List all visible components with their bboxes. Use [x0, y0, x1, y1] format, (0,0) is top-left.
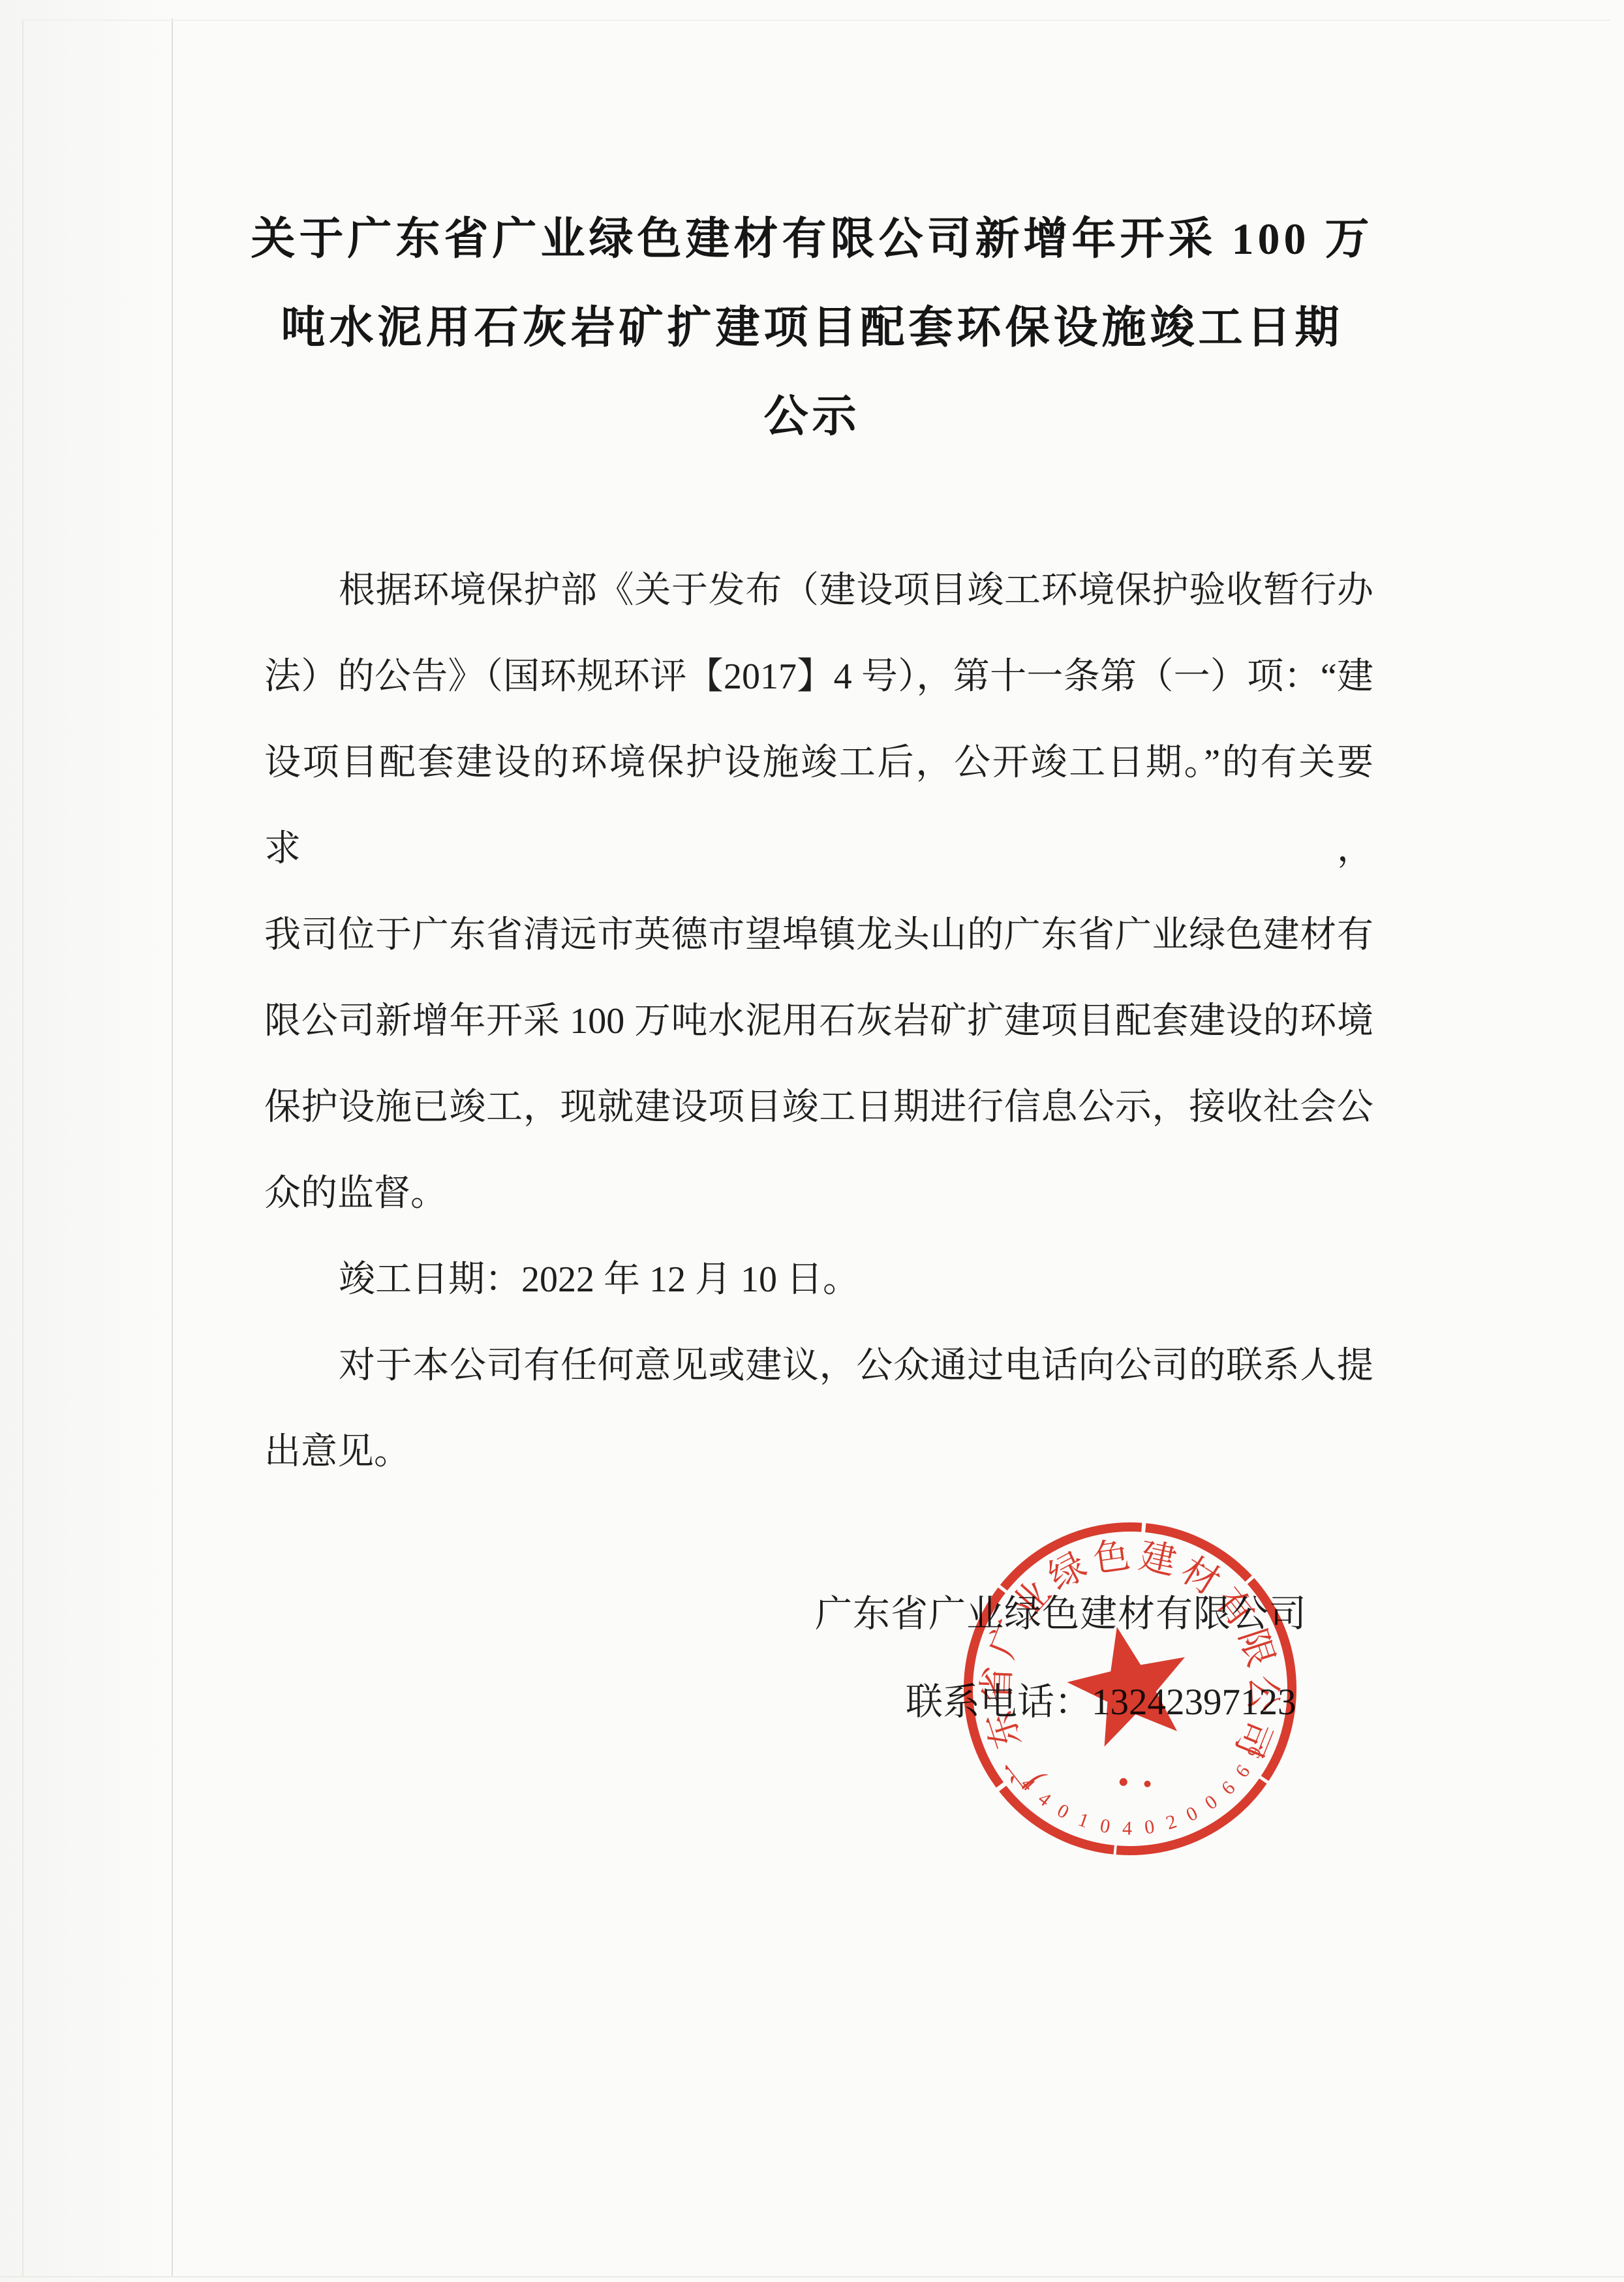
- svg-text:0: 0: [1201, 1791, 1221, 1814]
- svg-text:0: 0: [1143, 1816, 1156, 1839]
- svg-text:东: 东: [979, 1706, 1029, 1753]
- document-body: 根据环境保护部《关于发布（建设项目竣工环境保护验收暂行办 法）的公告》（国环规环…: [264, 547, 1373, 1495]
- body-line: 法）的公告》（国环规环评【2017】4 号），第十一条第（一）项：“建: [264, 634, 1373, 720]
- svg-text:1: 1: [1075, 1809, 1092, 1832]
- body-line: 众的监督。: [264, 1150, 1373, 1237]
- svg-text:公: 公: [1242, 1674, 1283, 1712]
- svg-text:0: 0: [1183, 1802, 1201, 1826]
- svg-text:4: 4: [1034, 1787, 1055, 1810]
- body-line: 对于本公司有任何意见或建议，公众通过电话向公司的联系人提: [264, 1323, 1373, 1409]
- company-seal: 广 东 省 广 业 绿 色 建 材 有 限 公 司 4 4 0 1 0 4: [934, 1493, 1326, 1885]
- seal-ink-speck: [1144, 1780, 1151, 1787]
- body-line: 我司位于广东省清远市英德市望埠镇龙头山的广东省广业绿色建材有: [264, 892, 1373, 978]
- svg-text:4: 4: [1122, 1817, 1133, 1839]
- body-line: 根据环境保护部《关于发布（建设项目竣工环境保护验收暂行办: [264, 547, 1373, 634]
- svg-text:限: 限: [1231, 1624, 1281, 1671]
- scanned-notice-page: 关于广东省广业绿色建材有限公司新增年开采 100 万 吨水泥用石灰岩矿扩建项目配…: [0, 0, 1624, 2282]
- svg-text:0: 0: [1098, 1815, 1112, 1838]
- svg-text:6: 6: [1231, 1761, 1254, 1782]
- body-line: 保护设施已竣工，现就建设项目竣工日期进行信息公示，接收社会公: [264, 1064, 1373, 1150]
- svg-text:2: 2: [1163, 1810, 1179, 1834]
- page-edge-top: [22, 20, 1610, 21]
- completion-date-line: 竣工日期：2022 年 12 月 10 日。: [264, 1237, 1373, 1323]
- svg-text:省: 省: [977, 1665, 1019, 1703]
- svg-text:0: 0: [1054, 1800, 1073, 1823]
- svg-text:建: 建: [1135, 1535, 1180, 1582]
- title-line-3: 公示: [0, 372, 1624, 461]
- svg-text:广: 广: [982, 1614, 1033, 1663]
- document-title: 关于广东省广业绿色建材有限公司新增年开采 100 万 吨水泥用石灰岩矿扩建项目配…: [0, 194, 1624, 461]
- title-line-2: 吨水泥用石灰岩矿扩建项目配套环保设施竣工日期: [0, 283, 1624, 372]
- star-icon: [1058, 1614, 1200, 1751]
- seal-serial-number: 4 4 0 1 0 4 0 2 0 0 6 6 9: [1015, 1740, 1276, 1855]
- body-line: 限公司新增年开采 100 万吨水泥用石灰岩矿扩建项目配套建设的环境: [264, 978, 1373, 1064]
- page-edge-bottom: [0, 2276, 1624, 2277]
- title-line-1: 关于广东省广业绿色建材有限公司新增年开采 100 万: [0, 194, 1624, 283]
- svg-text:色: 色: [1091, 1535, 1133, 1580]
- body-line: 出意见。: [264, 1409, 1373, 1495]
- body-line: 设项目配套建设的环境保护设施竣工后，公开竣工日期。”的有关要求，: [264, 720, 1373, 892]
- seal-ink-speck: [1119, 1778, 1128, 1787]
- svg-text:6: 6: [1218, 1777, 1240, 1799]
